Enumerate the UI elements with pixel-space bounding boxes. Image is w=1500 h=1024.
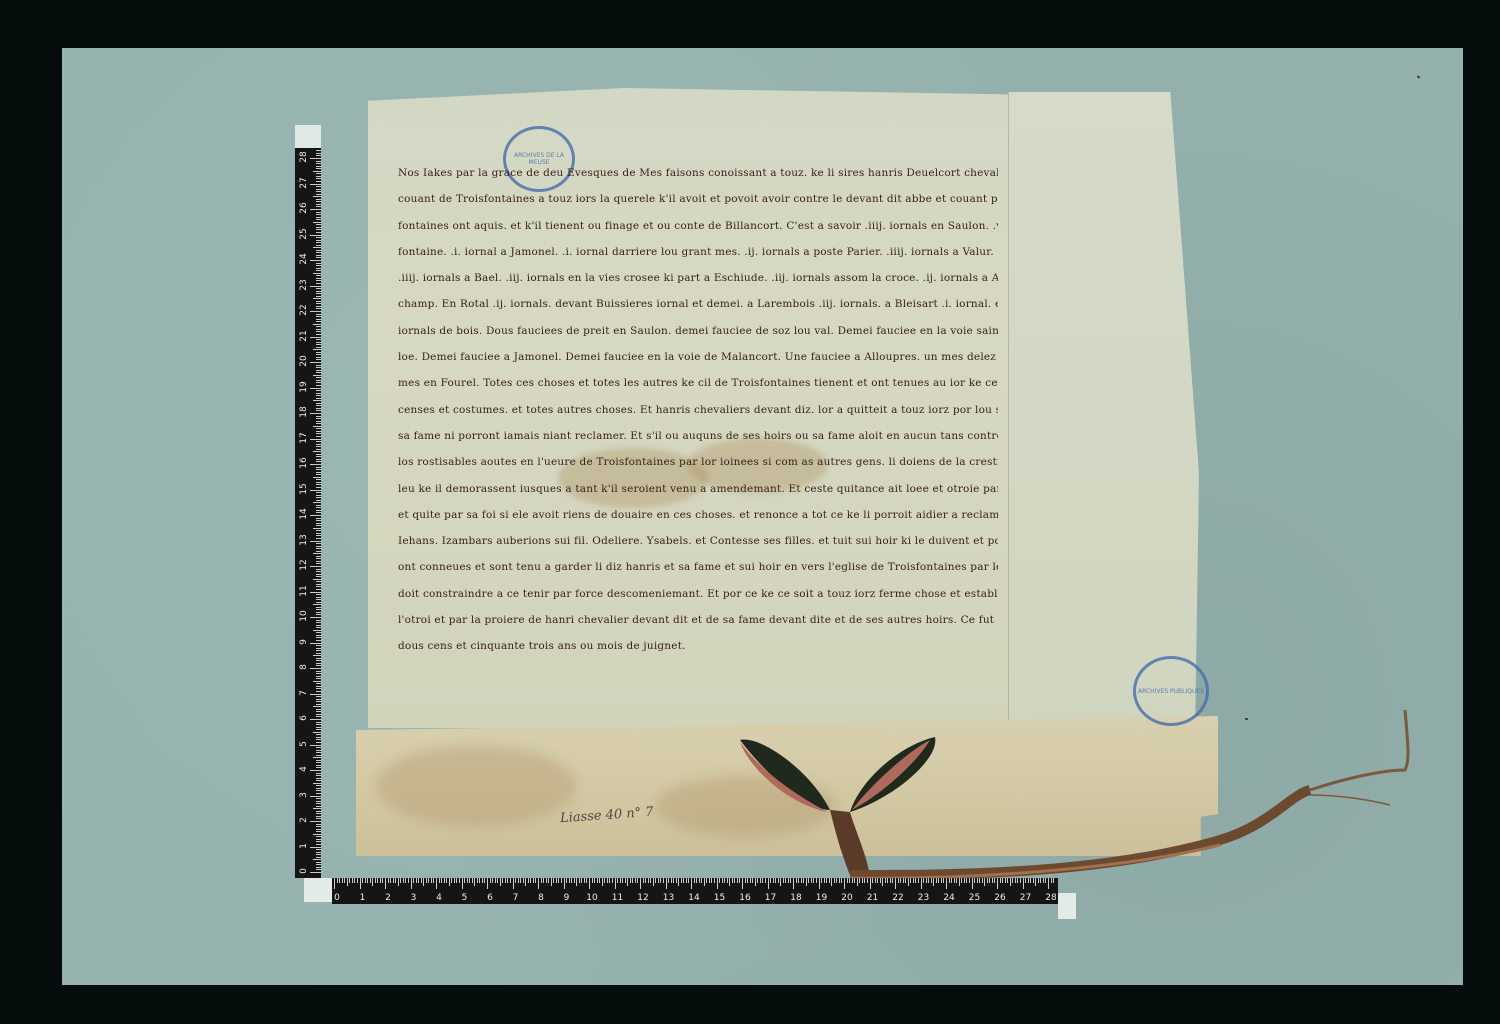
ruler-tick xyxy=(313,655,321,656)
ruler-tick xyxy=(1020,878,1021,883)
ruler-tick xyxy=(316,862,321,863)
ruler-tick xyxy=(678,878,679,886)
ruler-tick xyxy=(316,410,321,411)
ruler-tick xyxy=(316,637,321,638)
cord-frayed-thread xyxy=(1310,795,1390,805)
ruler-tick xyxy=(316,683,321,684)
ruler-tick xyxy=(316,237,321,238)
ruler-tick xyxy=(316,505,321,506)
ruler-tick xyxy=(316,614,321,615)
ruler-tick xyxy=(961,878,962,883)
ruler-tick xyxy=(342,878,343,883)
ruler-tick xyxy=(316,627,321,628)
ruler-tick xyxy=(495,878,496,883)
ruler-tick xyxy=(316,576,321,577)
ruler-tick xyxy=(992,878,993,883)
ruler-tick xyxy=(316,824,321,825)
ruler-tick xyxy=(313,630,321,631)
ruler-tick xyxy=(892,878,893,883)
ruler-tick xyxy=(316,829,321,830)
ruler-tick xyxy=(643,878,644,883)
ruler-tick xyxy=(780,878,781,886)
ruler-tick xyxy=(362,878,363,883)
ruler-label: 11 xyxy=(611,893,625,903)
ruler-tick xyxy=(416,878,417,883)
ruler-tick xyxy=(316,385,321,386)
ruler-tick xyxy=(739,878,740,883)
ruler-tick xyxy=(510,878,511,883)
ruler-tick xyxy=(316,416,321,417)
ruler-tick xyxy=(989,878,990,883)
ruler-tick xyxy=(612,878,613,883)
ruler-tick xyxy=(673,878,674,883)
ruler-tick xyxy=(316,691,321,692)
seal-cord xyxy=(700,700,1460,940)
ruler-tick xyxy=(785,878,786,883)
ruler-tick xyxy=(551,878,552,886)
ruler-tick xyxy=(310,592,321,593)
ruler-tick xyxy=(1002,878,1003,883)
ruler-tick xyxy=(313,477,321,478)
ruler-tick xyxy=(775,878,776,883)
ruler-tick xyxy=(717,878,718,889)
ruler-tick xyxy=(966,878,967,883)
ruler-tick xyxy=(630,878,631,883)
ruler-tick xyxy=(655,878,656,883)
ruler-tick xyxy=(310,158,321,159)
ruler-tick xyxy=(354,878,355,883)
ruler-tick xyxy=(316,742,321,743)
ruler-tick xyxy=(375,878,376,883)
ruler-tick xyxy=(316,729,321,730)
ruler-tick xyxy=(316,686,321,687)
ruler-tick xyxy=(316,242,321,243)
ruler-tick xyxy=(316,186,321,187)
ruler-tick xyxy=(650,878,651,883)
ruler-tick xyxy=(316,727,321,728)
ruler-tick xyxy=(997,878,998,889)
ruler-tick xyxy=(946,878,947,889)
ruler-tick xyxy=(316,711,321,712)
ruler-tick xyxy=(943,878,944,883)
ruler-label: 23 xyxy=(299,278,309,292)
ruler-label: 17 xyxy=(299,431,309,445)
ruler-tick xyxy=(316,767,321,768)
ruler-tick xyxy=(490,878,491,883)
ruler-tick xyxy=(316,785,321,786)
ruler-tick xyxy=(316,640,321,641)
ruler-tick xyxy=(357,878,358,883)
ruler-tick xyxy=(316,342,321,343)
ruler-tick xyxy=(686,878,687,883)
ruler-tick xyxy=(974,878,975,883)
ruler-tick xyxy=(405,878,406,883)
ruler-tick xyxy=(589,878,590,889)
ruler-tick xyxy=(310,872,321,873)
ruler-tick xyxy=(316,217,321,218)
ruler-label: 5 xyxy=(299,737,309,751)
ruler-tick xyxy=(352,878,353,883)
ruler-tick xyxy=(316,288,321,289)
ruler-tick xyxy=(316,181,321,182)
ruler-tick xyxy=(451,878,452,883)
ruler-tick xyxy=(316,408,321,409)
ruler-tick xyxy=(310,413,321,414)
ruler-tick xyxy=(313,298,321,299)
ruler-tick xyxy=(790,878,791,883)
ruler-tick xyxy=(454,878,455,883)
ruler-tick xyxy=(719,878,720,883)
ruler-tick xyxy=(316,857,321,858)
ruler-tick xyxy=(385,878,386,889)
ruler-tick xyxy=(316,665,321,666)
ruler-tick xyxy=(365,878,366,883)
ruler-tick xyxy=(699,878,700,883)
ruler-tick xyxy=(518,878,519,883)
text-line: Nos Iakes par la grace de deu Evesques d… xyxy=(398,160,998,186)
ruler-tick xyxy=(627,878,628,886)
ruler-tick xyxy=(313,247,321,248)
ruler-tick xyxy=(826,878,827,883)
ruler-tick xyxy=(729,878,730,886)
ruler-tick xyxy=(951,878,952,883)
ruler-tick xyxy=(316,472,321,473)
ruler-tick xyxy=(316,816,321,817)
ruler-tick xyxy=(313,553,321,554)
ruler-tick xyxy=(316,326,321,327)
ruler-tick xyxy=(339,878,340,883)
ruler-tick xyxy=(1051,878,1052,883)
ruler-tick xyxy=(316,372,321,373)
ruler-tick xyxy=(831,878,832,886)
ruler-tick xyxy=(905,878,906,883)
ruler-tick xyxy=(724,878,725,883)
ruler-label: 1 xyxy=(356,893,370,903)
ruler-label: 11 xyxy=(299,584,309,598)
ruler-tick xyxy=(310,209,321,210)
text-line: censes et costumes. et totes autres chos… xyxy=(398,397,998,423)
ruler-corner-block xyxy=(304,878,332,902)
ruler-tick xyxy=(316,620,321,621)
ruler-tick xyxy=(411,878,412,889)
ruler-tick xyxy=(617,878,618,883)
ruler-tick xyxy=(530,878,531,883)
ruler-tick xyxy=(505,878,506,883)
ruler-tick xyxy=(316,405,321,406)
ruler-tick xyxy=(859,878,860,883)
text-line: .iiij. iornals a Bael. .iij. iornals en … xyxy=(398,265,998,291)
ruler-tick xyxy=(316,510,321,511)
ruler-tick xyxy=(316,602,321,603)
ruler-tick xyxy=(316,507,321,508)
ruler-tick xyxy=(497,878,498,883)
ruler-tick xyxy=(316,204,321,205)
text-line: fontaines ont aquis. et k'il tienent ou … xyxy=(398,213,998,239)
ruler-tick xyxy=(316,296,321,297)
ruler-tick xyxy=(602,878,603,886)
ruler-tick xyxy=(316,538,321,539)
ruler-tick xyxy=(316,760,321,761)
ruler-tick xyxy=(857,878,858,886)
ruler-label: 14 xyxy=(687,893,701,903)
ruler-tick xyxy=(316,844,321,845)
ruler-tick xyxy=(316,421,321,422)
ruler-tick xyxy=(987,878,988,883)
ruler-tick xyxy=(310,566,321,567)
ruler-tick xyxy=(839,878,840,883)
ruler-tick xyxy=(607,878,608,883)
ruler-tick xyxy=(841,878,842,883)
ruler-tick xyxy=(360,878,361,889)
ruler-tick xyxy=(1025,878,1026,883)
ruler-tick xyxy=(632,878,633,883)
ruler-tick xyxy=(1000,878,1001,883)
ruler-tick xyxy=(528,878,529,883)
ruler-tick xyxy=(316,495,321,496)
ruler-tick xyxy=(620,878,621,883)
ruler-tick xyxy=(645,878,646,883)
text-line: fontaine. .i. iornal a Jamonel. .i. iorn… xyxy=(398,239,998,265)
ruler-tick xyxy=(408,878,409,883)
ruler-tick xyxy=(310,796,321,797)
text-line: doit constraindre a ce tenir par force d… xyxy=(398,581,998,607)
charter-parchment-right-fold xyxy=(1008,92,1199,728)
ruler-tick xyxy=(316,525,321,526)
ruler-tick xyxy=(760,878,761,883)
ruler-tick xyxy=(310,260,321,261)
ruler-tick xyxy=(316,716,321,717)
ruler-tick xyxy=(566,878,567,883)
ruler-tick xyxy=(310,821,321,822)
ruler-tick xyxy=(882,878,883,886)
ruler-tick xyxy=(316,533,321,534)
ruler-tick xyxy=(316,546,321,547)
ruler-tick xyxy=(310,745,321,746)
ruler-label: 3 xyxy=(407,893,421,903)
ruler-tick xyxy=(313,502,321,503)
ruler-tick xyxy=(316,344,321,345)
ruler-tick xyxy=(310,847,321,848)
ruler-tick xyxy=(467,878,468,883)
ruler-tick xyxy=(316,699,321,700)
ruler-tick xyxy=(313,349,321,350)
ruler-tick xyxy=(609,878,610,883)
ruler-tick xyxy=(895,878,896,889)
ruler-tick xyxy=(316,334,321,335)
ruler-tick xyxy=(316,543,321,544)
ruler-tick xyxy=(337,878,338,883)
ruler-label: 20 xyxy=(840,893,854,903)
ruler-tick xyxy=(316,563,321,564)
ruler-tick xyxy=(571,878,572,883)
ruler-label: 13 xyxy=(299,533,309,547)
ruler-tick xyxy=(316,535,321,536)
ruler-tick xyxy=(310,515,321,516)
ruler-tick xyxy=(525,878,526,886)
ruler-tick xyxy=(1005,878,1006,883)
text-line: leu ke il demorassent iusques a tant k'i… xyxy=(398,476,998,502)
ruler-tick xyxy=(464,878,465,883)
ruler-tick xyxy=(732,878,733,883)
ruler-tick xyxy=(316,189,321,190)
ruler-tick xyxy=(936,878,937,883)
ruler-tick xyxy=(310,490,321,491)
ruler-tick xyxy=(615,878,616,889)
ruler-tick xyxy=(310,286,321,287)
ruler-tick xyxy=(316,352,321,353)
ruler-tick xyxy=(413,878,414,883)
text-line: iornals de bois. Dous fauciees de preit … xyxy=(398,318,998,344)
ruler-tick xyxy=(316,150,321,151)
ruler-tick xyxy=(423,878,424,886)
ruler-tick xyxy=(538,878,539,889)
ruler-tick xyxy=(313,196,321,197)
ruler-tick xyxy=(310,184,321,185)
ruler-tick xyxy=(316,161,321,162)
ruler-tick xyxy=(737,878,738,883)
ruler-tick xyxy=(316,212,321,213)
ruler-tick xyxy=(474,878,475,886)
ruler-tick xyxy=(316,530,321,531)
ruler-tick xyxy=(701,878,702,883)
ruler-tick xyxy=(994,878,995,883)
ruler-tick xyxy=(313,706,321,707)
ruler-label: 2 xyxy=(299,813,309,827)
ruler-tick xyxy=(316,173,321,174)
ruler-tick xyxy=(592,878,593,883)
ruler-tick xyxy=(316,176,321,177)
ruler-label: 15 xyxy=(299,482,309,496)
ruler-tick xyxy=(316,306,321,307)
ruler-tick xyxy=(349,878,350,883)
ruler-tick xyxy=(959,878,960,886)
ruler-tick xyxy=(310,694,321,695)
ruler-tick xyxy=(316,806,321,807)
ruler-tick xyxy=(770,878,771,883)
ruler-label: 4 xyxy=(299,762,309,776)
ruler-tick xyxy=(492,878,493,883)
ruler-tick xyxy=(599,878,600,883)
ruler-tick xyxy=(923,878,924,883)
ruler-tick xyxy=(310,643,321,644)
ruler-tick xyxy=(548,878,549,883)
ruler-tick xyxy=(316,811,321,812)
ruler-tick xyxy=(313,324,321,325)
ruler-tick xyxy=(310,388,321,389)
ruler-tick xyxy=(310,668,321,669)
ruler-tick xyxy=(316,818,321,819)
ruler-tick xyxy=(316,474,321,475)
ruler-tick xyxy=(316,854,321,855)
ruler-tick xyxy=(918,878,919,883)
ruler-tick xyxy=(648,878,649,883)
ruler-tick xyxy=(581,878,582,883)
ruler-tick xyxy=(316,594,321,595)
ruler-tick xyxy=(847,878,848,883)
ruler-tick xyxy=(1053,878,1054,883)
ruler-tick xyxy=(316,155,321,156)
ruler-tick xyxy=(1045,878,1046,883)
ruler-tick xyxy=(813,878,814,883)
ruler-tick xyxy=(316,403,321,404)
ruler-label: 27 xyxy=(1019,893,1033,903)
ruler-tick xyxy=(546,878,547,883)
text-line: loe. Demei fauciee a Jamonel. Demei fauc… xyxy=(398,344,998,370)
ruler-tick xyxy=(310,439,321,440)
ruler-tick xyxy=(750,878,751,883)
ruler-tick xyxy=(829,878,830,883)
ruler-tick xyxy=(316,257,321,258)
ruler-tick xyxy=(574,878,575,883)
ruler-tick xyxy=(316,293,321,294)
ruler-tick xyxy=(316,206,321,207)
ruler-tick xyxy=(553,878,554,883)
ruler-tick xyxy=(316,201,321,202)
ruler-tick xyxy=(676,878,677,883)
ruler-tick xyxy=(854,878,855,883)
ruler-tick xyxy=(316,660,321,661)
ruler-tick xyxy=(316,696,321,697)
ruler-tick xyxy=(372,878,373,886)
ruler-tick xyxy=(367,878,368,883)
ruler-vertical: 0123456789101112131415161718192021222324… xyxy=(295,148,321,878)
ruler-label: 10 xyxy=(299,609,309,623)
ruler-tick xyxy=(316,704,321,705)
ruler-tick xyxy=(316,229,321,230)
ruler-tick xyxy=(691,878,692,889)
ruler-tick xyxy=(310,541,321,542)
ruler-tick xyxy=(1048,878,1049,889)
ruler-tick xyxy=(316,739,321,740)
ruler-label: 25 xyxy=(968,893,982,903)
ruler-tick xyxy=(663,878,664,883)
text-line: los rostisables aoutes en l'ueure de Tro… xyxy=(398,449,998,475)
ruler-tick xyxy=(316,433,321,434)
ruler-tick xyxy=(316,676,321,677)
ruler-tick xyxy=(558,878,559,883)
ruler-tick xyxy=(421,878,422,883)
ruler-tick xyxy=(625,878,626,883)
ruler-tick xyxy=(900,878,901,883)
ruler-tick xyxy=(316,826,321,827)
ruler-tick xyxy=(347,878,348,886)
ruler-label: 16 xyxy=(738,893,752,903)
ruler-tick xyxy=(747,878,748,883)
ruler-tick xyxy=(316,632,321,633)
ruler-tick xyxy=(316,671,321,672)
ruler-tick xyxy=(316,778,321,779)
ruler-tick xyxy=(446,878,447,883)
ruler-tick xyxy=(316,431,321,432)
ruler-tick xyxy=(1040,878,1041,883)
ruler-tick xyxy=(727,878,728,883)
ruler-tick xyxy=(938,878,939,883)
ruler-tick xyxy=(316,219,321,220)
ruler-tick xyxy=(872,878,873,883)
ruler-label: 9 xyxy=(299,635,309,649)
text-line: ont conneues et sont tenu a garder li di… xyxy=(398,554,998,580)
ruler-tick xyxy=(316,482,321,483)
ruler-tick xyxy=(801,878,802,883)
ruler-tick xyxy=(722,878,723,883)
ruler-tick xyxy=(459,878,460,883)
ruler-tick xyxy=(310,337,321,338)
ruler-tick xyxy=(313,451,321,452)
ruler-tick xyxy=(436,878,437,889)
ruler-tick xyxy=(316,227,321,228)
ruler-label: 1 xyxy=(299,839,309,853)
ruler-tick xyxy=(875,878,876,883)
